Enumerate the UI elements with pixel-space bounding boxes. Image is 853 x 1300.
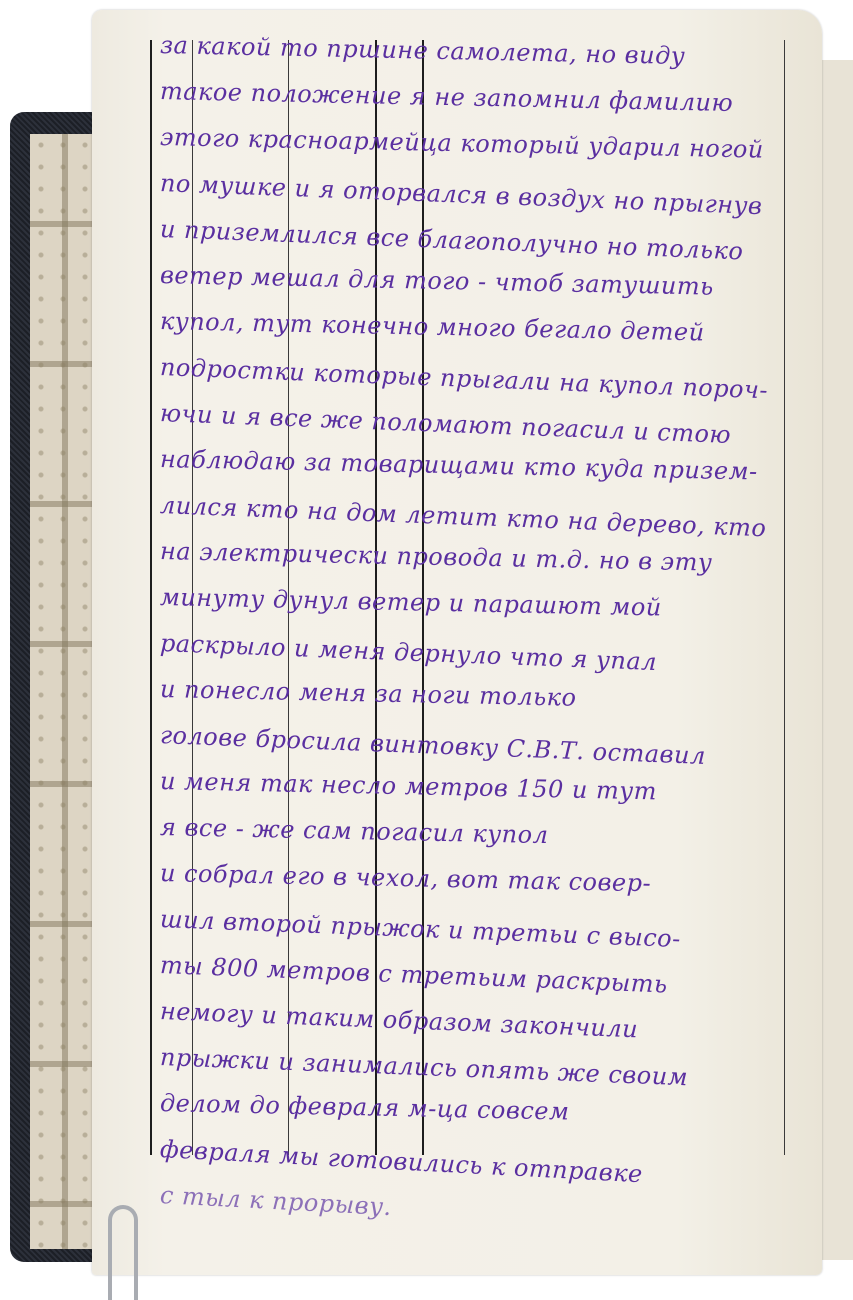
ruled-line — [150, 40, 152, 1155]
paper-clip — [108, 1205, 138, 1300]
ornamental-endpaper — [30, 134, 100, 1249]
handwritten-text: за какой то пршине самолета, но виду так… — [160, 22, 820, 1218]
